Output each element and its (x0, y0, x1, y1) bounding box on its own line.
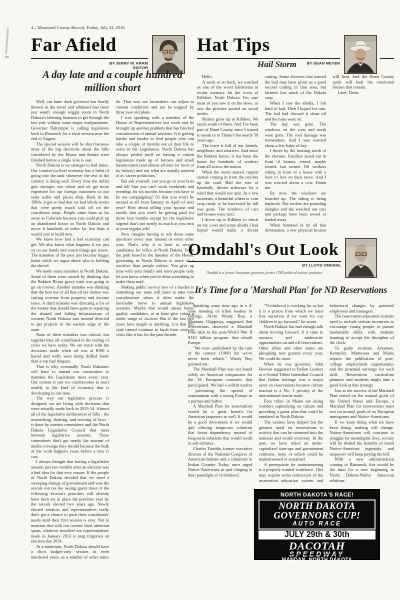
scan-crease-mark (5, 28, 8, 54)
omdahl-byline: BY LLOYD OMDAHL (188, 263, 341, 268)
paragraph: Now imagine having to ask those same que… (116, 231, 194, 284)
paragraph: When the storm started, reports started … (197, 169, 258, 217)
paragraph: But ask yourself, can you go to your bos… (116, 178, 194, 231)
hat-tips-title: Hat Tips (197, 36, 327, 56)
paragraph: North Dakota is no stranger to bad times… (31, 163, 109, 237)
paragraph: If we keep doing what we have been doing… (330, 420, 394, 457)
kram-portrait-photo (152, 35, 185, 74)
paragraph: We know how bad a bad economy can get. W… (31, 237, 109, 269)
paragraph: That is why eventually North Dakotans wi… (31, 364, 109, 396)
paragraph: Just as the success of the Marshall Plan… (330, 388, 394, 420)
ad-tagline: NORTH DAKOTA'S RACE! (255, 492, 379, 498)
paragraph: I always thought that having a legislati… (31, 459, 109, 544)
paragraph: The Marshall Plan was not based solely o… (188, 367, 252, 404)
ad-date-banner: JULY 29th & 30th (259, 531, 376, 540)
paragraph: To guide students, Arkansas, Kentucky, M… (330, 345, 394, 387)
omdahl-deck: It's Time for a 'Marshall Plan' for ND R… (188, 285, 394, 296)
omdahl-body: Speaking some time ago in a 4-state meet… (188, 303, 394, 487)
paragraph: The town is full of our friends, neighbo… (197, 143, 258, 169)
paragraph: The hay was gone. The windows on the wes… (265, 122, 326, 148)
paragraph: "Victimhood is working for us but it is … (259, 303, 323, 324)
far-afield-rule (31, 58, 148, 59)
paragraph: Four tribes in Maine are doing wonders c… (259, 398, 323, 419)
scan-crease-mark (5, 56, 9, 58)
paragraph: Charles Trimble, former executive direct… (188, 446, 252, 478)
paragraph: The reservation education systems need t… (330, 314, 394, 346)
omdahl-credential: Omdahl is a former lieutenant governor, … (188, 271, 341, 275)
paragraph: When he was governor, John Hoeven sugges… (259, 361, 323, 398)
hat-tips-deck: Hail Storm (197, 59, 357, 69)
ad-subtitle-auto-race: AUTO RACE (260, 521, 375, 528)
paragraph: We made some mistakes in North Dakota. S… (31, 269, 109, 333)
omdahl-credential-block: Omdahl is a former lieutenant governor, … (188, 271, 341, 279)
hat-tips-rule-right (380, 58, 394, 59)
paragraph: Shirley grew up at Killdeer. We ranch so… (197, 116, 258, 142)
paragraph: I was speaking with a member of the Hous… (116, 115, 194, 179)
paragraph: When I saw the alfalfa, I felt kind of b… (265, 100, 326, 121)
far-afield-columns: Well, our lame duck governor has finally… (31, 99, 194, 561)
far-afield-body: Well, our lame duck governor has finally… (31, 99, 194, 561)
kram-portrait-drawing (153, 36, 184, 73)
paragraph: I drove by the housing north of the elev… (265, 148, 326, 190)
hat-tips-body: Hello,A week or so back, we watched as o… (197, 74, 394, 233)
paragraph: North Dakota has had enough talk about m… (259, 324, 323, 361)
race-advertisement: NORTH DAKOTA'S RACE! NORTH DAKOTA GOVERN… (254, 489, 380, 560)
paragraph: The casinos have helped but the greatest… (259, 420, 323, 462)
paragraph: Speaking some time ago in a 4-state meet… (188, 303, 252, 345)
masthead-text: 4—Mountrail County Record, Friday, July … (31, 25, 231, 30)
omdahl-title: Omdahl's Out Look (188, 241, 343, 259)
masthead: 4—Mountrail County Record, Friday, July … (31, 25, 231, 33)
paragraph: None of these mistakes was critical, but… (31, 332, 109, 364)
paragraph: Later, Dean. (333, 90, 394, 95)
hat-tips-columns: Hello,A week or so back, we watched as o… (197, 74, 394, 233)
paragraph: A Marshall Plan for reservations would b… (188, 404, 252, 446)
omdahl-portrait-drawing (346, 239, 376, 277)
paragraph: The special session will be short becaus… (31, 141, 109, 162)
ad-location: MANDAN, NORTH DAKOTA (255, 558, 379, 564)
paragraph: Making public service less of a burden i… (116, 284, 194, 337)
paragraph: The way our legislative process is desig… (31, 396, 109, 460)
paragraph: With a new administration coming to Bism… (330, 457, 394, 483)
far-afield-title: Far Afield (31, 36, 151, 56)
ad-title-box: NORTH DAKOTA GOVERNORS CUP! AUTO RACE (259, 500, 376, 530)
paragraph: By now, the windows are boarded up. The … (265, 191, 326, 223)
newspaper-page: 4—Mountrail County Record, Friday, July … (0, 0, 400, 600)
paragraph: "We were annihilated by the turn of the … (188, 345, 252, 366)
paragraph: A week or so back, we watched as one of … (197, 79, 258, 116)
paragraph: Well, our lame duck governor has finally… (31, 99, 109, 141)
omdahl-portrait-photo (345, 238, 377, 278)
omdahl-columns: Speaking some time ago in a 4-state meet… (188, 303, 394, 487)
far-afield-deck: A day late and a couple hundred million … (31, 70, 194, 95)
